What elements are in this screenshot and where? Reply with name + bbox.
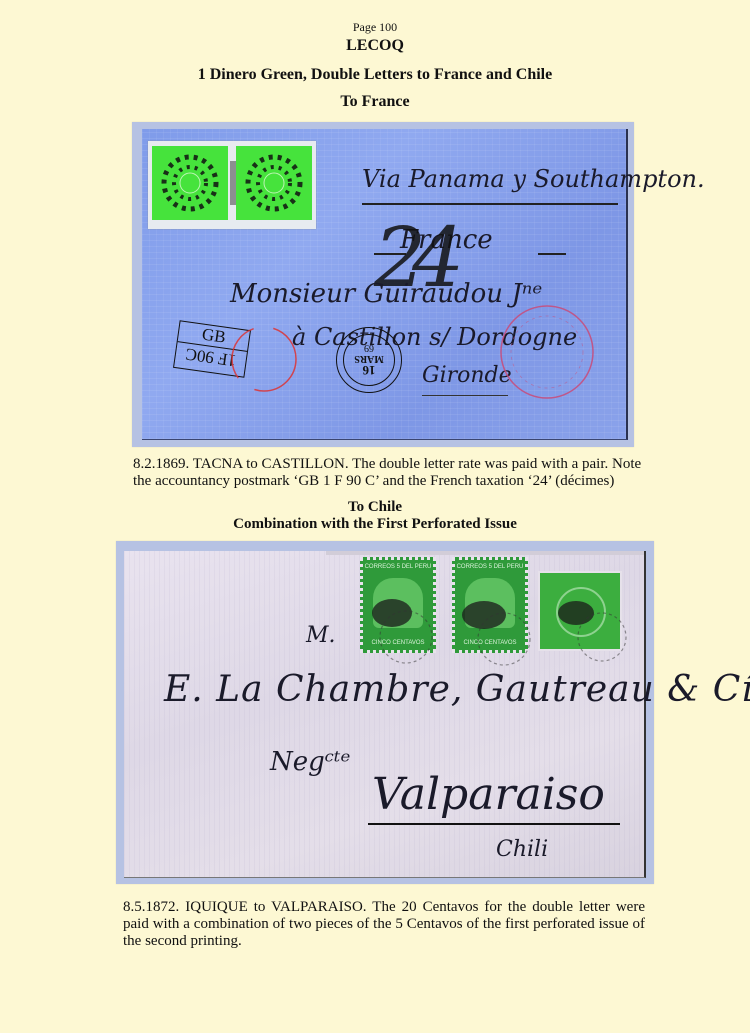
city-line: Valparaiso	[372, 769, 605, 820]
cover-mount-france: Via Panama y Southampton. France 24 Mons…	[132, 122, 634, 447]
city-underline	[368, 823, 620, 825]
cover-france: Via Panama y Southampton. France 24 Mons…	[142, 129, 628, 440]
red-postmarks	[142, 129, 626, 439]
salutation: M.	[306, 623, 336, 648]
addressee-line: E. La Chambre, Gautreau & Cíá	[164, 669, 750, 710]
section-subheading-chile: Combination with the First Perforated Is…	[0, 516, 750, 533]
cover-mount-chile: CORREOS 5 DEL PERU CINCO CENTAVOS CORREO…	[116, 541, 654, 884]
caption-chile: 8.5.1872. IQUIQUE to VALPARAISO. The 20 …	[123, 899, 645, 950]
page-number: Page 100	[0, 20, 750, 35]
country-line: Chili	[496, 837, 548, 862]
caption-france: 8.2.1869. TACNA to CASTILLON. The double…	[133, 456, 653, 490]
page-subtitle: 1 Dinero Green, Double Letters to France…	[0, 66, 750, 84]
section-heading-chile: To Chile	[0, 499, 750, 516]
page-title: LECOQ	[0, 37, 750, 55]
cover-chile: CORREOS 5 DEL PERU CINCO CENTAVOS CORREO…	[124, 551, 646, 878]
courier-line: Negᶜᵗᵉ	[270, 747, 350, 777]
section-heading-france: To France	[0, 93, 750, 111]
calais-transit-postmark: 16 MARS 69	[336, 327, 402, 393]
stamp-cancels	[124, 551, 644, 877]
